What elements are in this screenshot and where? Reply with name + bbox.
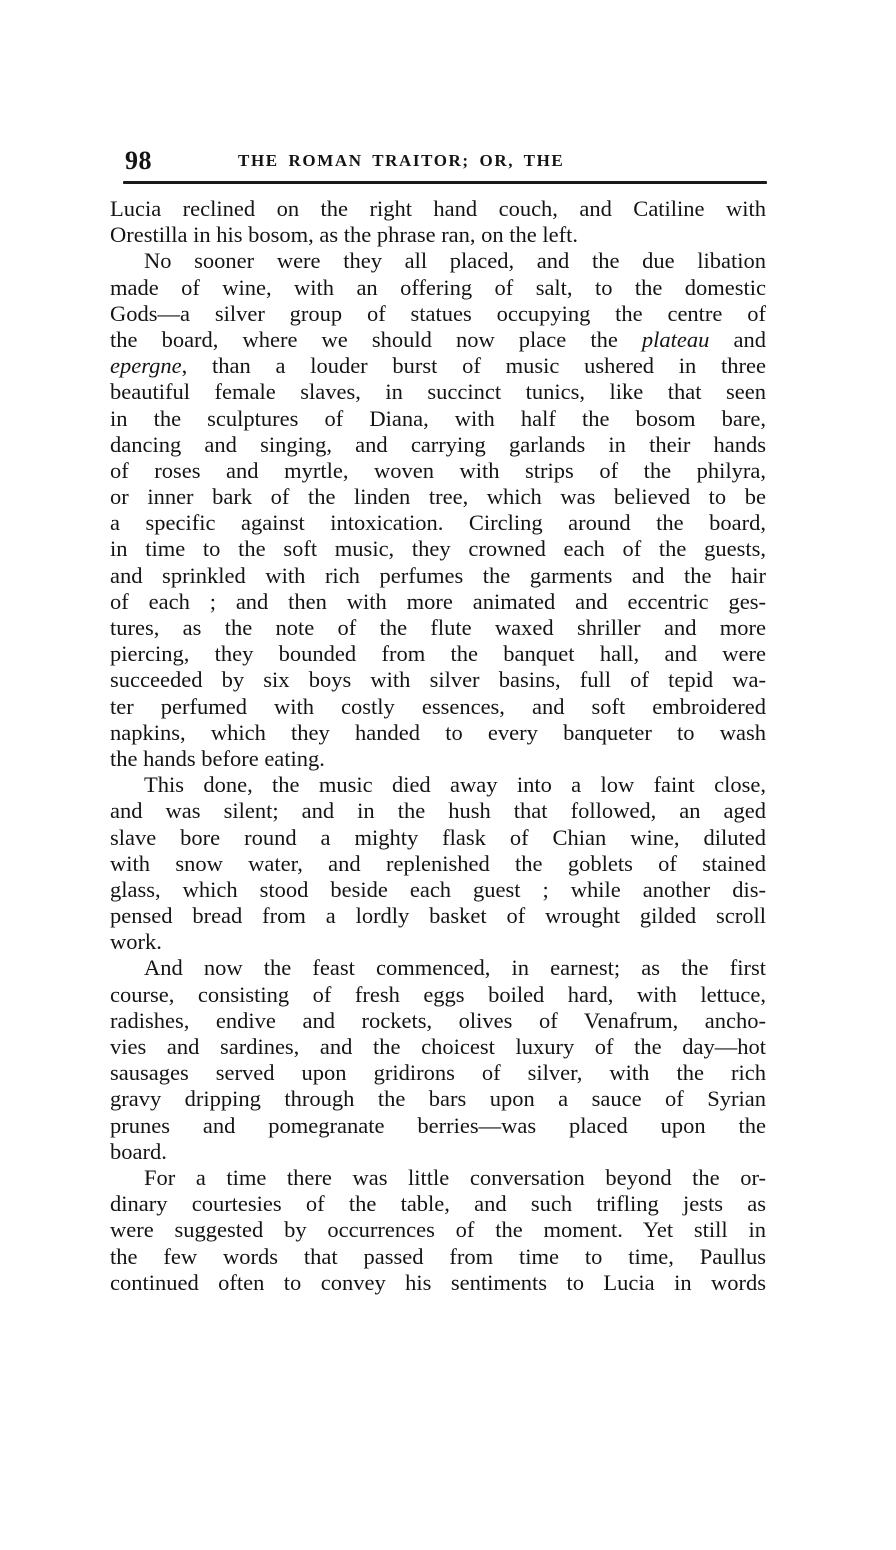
text-segment: and <box>709 327 766 352</box>
page-header: 98 THE ROMAN TRAITOR; OR, THE <box>125 146 765 176</box>
text-line: Gods—a silver group of statues occupying… <box>110 301 766 327</box>
text-line: the hands before eating. <box>110 746 766 772</box>
text-line: Lucia reclined on the right hand couch, … <box>110 196 766 222</box>
text-line: tures, as the note of the flute waxed sh… <box>110 615 766 641</box>
running-title: THE ROMAN TRAITOR; OR, THE <box>238 151 564 171</box>
text-line: work. <box>110 929 766 955</box>
paragraph-start-line: This done, the music died away into a lo… <box>110 772 766 798</box>
text-line: or inner bark of the linden tree, which … <box>110 484 766 510</box>
text-line: slave bore round a mighty flask of Chian… <box>110 825 766 851</box>
text-line: of each ; and then with more animated an… <box>110 589 766 615</box>
text-line: epergne, than a louder burst of music us… <box>110 353 766 379</box>
paragraph-start-line: For a time there was little conversation… <box>110 1165 766 1191</box>
text-line: in the sculptures of Diana, with half th… <box>110 406 766 432</box>
text-line: beautiful female slaves, in succinct tun… <box>110 379 766 405</box>
text-line: glass, which stood beside each guest ; w… <box>110 877 766 903</box>
text-line: radishes, endive and rockets, olives of … <box>110 1008 766 1034</box>
text-line: piercing, they bounded from the banquet … <box>110 641 766 667</box>
text-line: board. <box>110 1139 766 1165</box>
text-line: made of wine, with an offering of salt, … <box>110 275 766 301</box>
text-line: the few words that passed from time to t… <box>110 1244 766 1270</box>
text-line: gravy dripping through the bars upon a s… <box>110 1086 766 1112</box>
body-text: Lucia reclined on the right hand couch, … <box>110 196 766 1296</box>
text-line: continued often to convey his sentiments… <box>110 1270 766 1296</box>
text-line: vies and sardines, and the choicest luxu… <box>110 1034 766 1060</box>
text-segment: the board, where we should now place the <box>110 327 642 352</box>
text-line: a specific against intoxication. Circlin… <box>110 510 766 536</box>
text-line: pensed bread from a lordly basket of wro… <box>110 903 766 929</box>
text-line: of roses and myrtle, woven with strips o… <box>110 458 766 484</box>
italic-term-epergne: epergne <box>110 353 182 378</box>
text-line: sausages served upon gridirons of silver… <box>110 1060 766 1086</box>
text-line: Orestilla in his bosom, as the phrase ra… <box>110 222 766 248</box>
text-line: were suggested by occurrences of the mom… <box>110 1217 766 1243</box>
text-segment: , than a louder burst of music ushered i… <box>182 353 766 378</box>
text-line: dancing and singing, and carrying garlan… <box>110 432 766 458</box>
text-line: the board, where we should now place the… <box>110 327 766 353</box>
text-line: and was silent; and in the hush that fol… <box>110 798 766 824</box>
text-line: course, consisting of fresh eggs boiled … <box>110 982 766 1008</box>
text-line: dinary courtesies of the table, and such… <box>110 1191 766 1217</box>
text-line: ter perfumed with costly essences, and s… <box>110 694 766 720</box>
text-line: in time to the soft music, they crowned … <box>110 536 766 562</box>
page-number: 98 <box>125 146 152 176</box>
text-line: and sprinkled with rich perfumes the gar… <box>110 563 766 589</box>
header-rule <box>123 181 767 184</box>
text-line: with snow water, and replenished the gob… <box>110 851 766 877</box>
text-line: napkins, which they handed to every banq… <box>110 720 766 746</box>
paragraph-start-line: No sooner were they all placed, and the … <box>110 248 766 274</box>
paragraph-start-line: And now the feast commenced, in earnest;… <box>110 955 766 981</box>
book-page: 98 THE ROMAN TRAITOR; OR, THE Lucia recl… <box>0 0 896 1550</box>
text-line: succeeded by six boys with silver basins… <box>110 667 766 693</box>
text-line: prunes and pomegranate berries—was place… <box>110 1113 766 1139</box>
italic-term-plateau: plateau <box>642 327 710 352</box>
